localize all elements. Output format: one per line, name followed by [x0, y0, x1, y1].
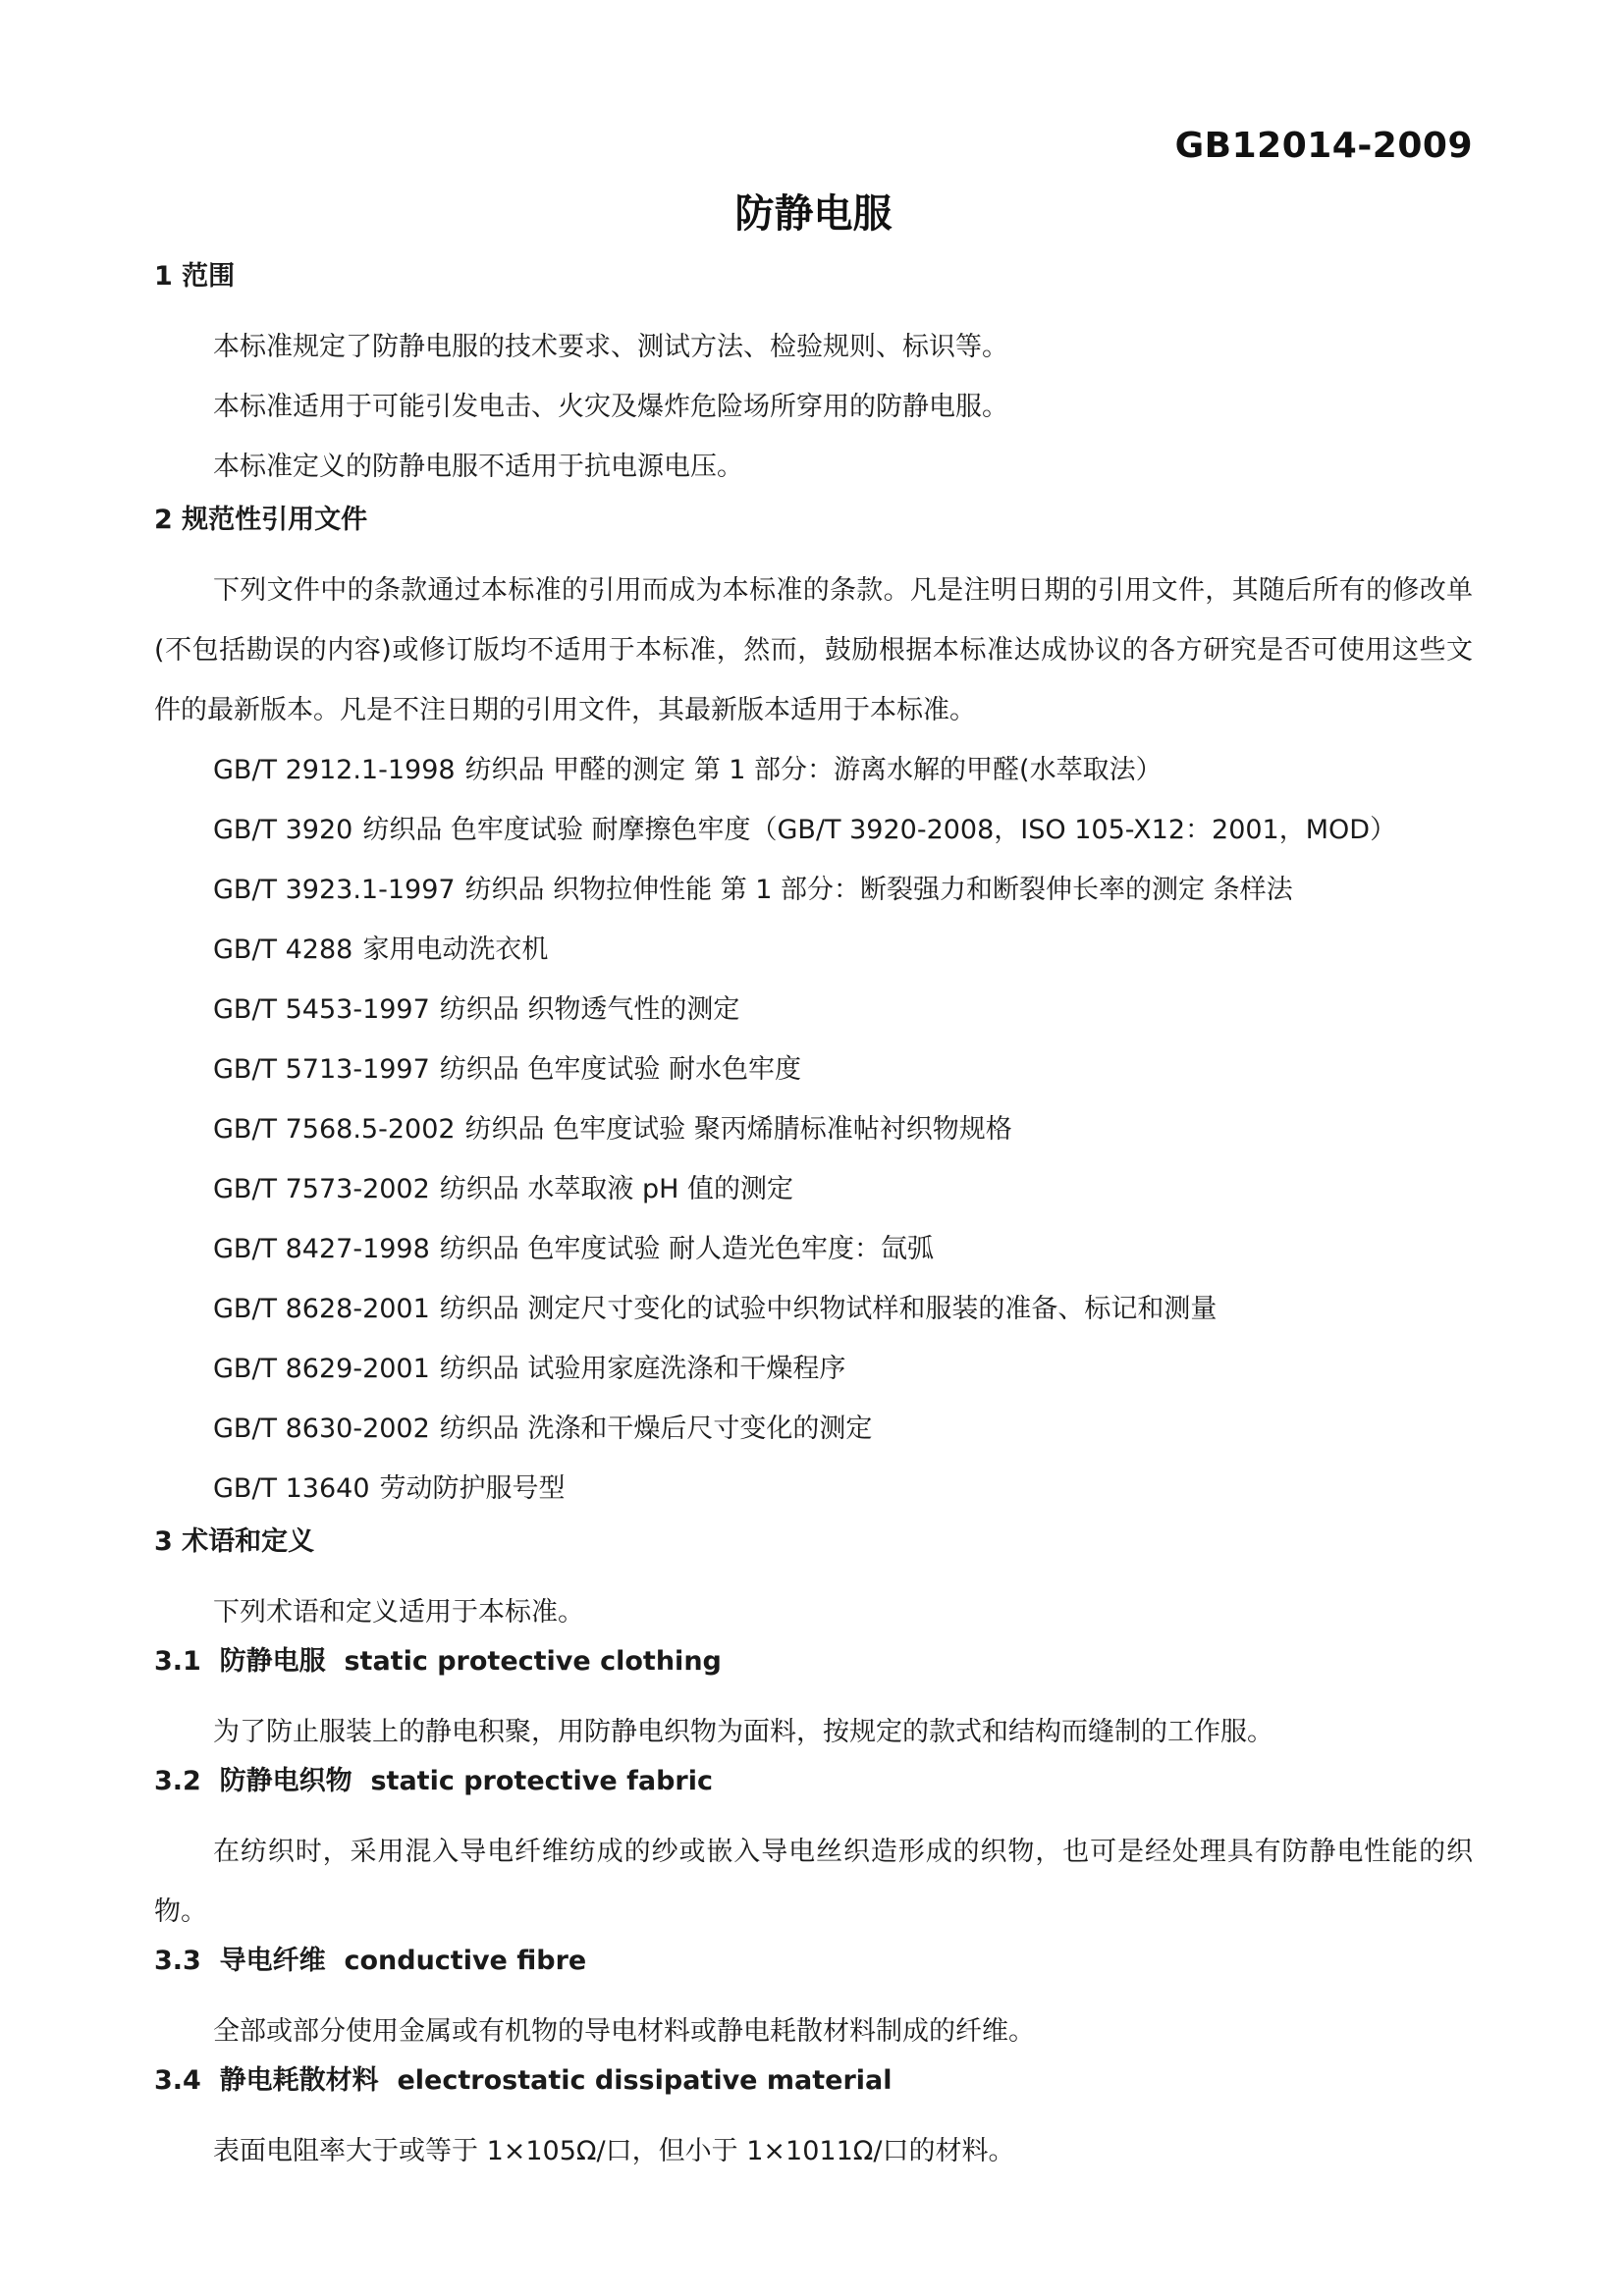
- reference-code: GB/T 8630-2002: [213, 1414, 430, 1444]
- term-zh: 防静电织物: [220, 1766, 352, 1796]
- reference-code: GB/T 8629-2001: [213, 1354, 430, 1384]
- section-heading-terms-definitions: 3 术语和定义: [154, 1522, 1473, 1582]
- reference-title: 纺织品 洗涤和干燥后尺寸变化的测定: [440, 1414, 873, 1444]
- term-zh: 静电耗散材料: [220, 2065, 379, 2096]
- term-definition: 为了防止服装上的静电积聚，用防静电织物为面料，按规定的款式和结构而缝制的工作服。: [154, 1702, 1473, 1762]
- term-number: 3.4: [154, 2065, 201, 2096]
- paragraph: 本标准适用于可能引发电击、火灾及爆炸危险场所穿用的防静电服。: [154, 377, 1473, 437]
- reference-title: 纺织品 甲醛的测定 第 1 部分：游离水解的甲醛(水萃取法）: [465, 755, 1163, 785]
- paragraph: 本标准定义的防静电服不适用于抗电源电压。: [154, 437, 1473, 497]
- term-heading: 3.1 防静电服 static protective clothing: [154, 1642, 1473, 1702]
- term-zh: 防静电服: [220, 1646, 326, 1677]
- term-number: 3.1: [154, 1646, 201, 1677]
- document-title: 防静电服: [154, 183, 1473, 239]
- reference-item: GB/T 8427-1998纺织品 色牢度试验 耐人造光色牢度：氙弧: [154, 1219, 1473, 1279]
- reference-code: GB/T 5453-1997: [213, 994, 430, 1025]
- term-number: 3.3: [154, 1946, 201, 1976]
- term-en: static protective clothing: [344, 1646, 721, 1677]
- reference-title: 纺织品 测定尺寸变化的试验中织物试样和服装的准备、标记和测量: [440, 1294, 1218, 1324]
- reference-code: GB/T 3923.1-1997: [213, 875, 456, 905]
- reference-title: 家用电动洗衣机: [362, 934, 548, 965]
- term-en: conductive fibre: [344, 1946, 586, 1976]
- reference-title: 劳动防护服号型: [380, 1473, 566, 1504]
- reference-code: GB/T 3920: [213, 815, 352, 845]
- reference-item: GB/T 5713-1997纺织品 色牢度试验 耐水色牢度: [154, 1040, 1473, 1099]
- reference-code: GB/T 8628-2001: [213, 1294, 430, 1324]
- term-number: 3.2: [154, 1766, 201, 1796]
- reference-code: GB/T 4288: [213, 934, 352, 965]
- reference-code: GB/T 7573-2002: [213, 1174, 430, 1204]
- reference-item: GB/T 8629-2001纺织品 试验用家庭洗涤和干燥程序: [154, 1339, 1473, 1399]
- term-definition: 表面电阻率大于或等于 1×105Ω/口，但小于 1×1011Ω/口的材料。: [154, 2121, 1473, 2181]
- reference-item: GB/T 3920纺织品 色牢度试验 耐摩擦色牢度（GB/T 3920-2008…: [154, 800, 1473, 860]
- reference-title: 纺织品 色牢度试验 聚丙烯腈标准帖衬织物规格: [465, 1114, 1012, 1145]
- reference-item: GB/T 4288家用电动洗衣机: [154, 920, 1473, 980]
- reference-item: GB/T 7568.5-2002纺织品 色牢度试验 聚丙烯腈标准帖衬织物规格: [154, 1099, 1473, 1159]
- term-heading: 3.2 防静电织物 static protective fabric: [154, 1762, 1473, 1822]
- reference-item: GB/T 8628-2001纺织品 测定尺寸变化的试验中织物试样和服装的准备、标…: [154, 1279, 1473, 1339]
- reference-item: GB/T 7573-2002纺织品 水萃取液 pH 值的测定: [154, 1159, 1473, 1219]
- term-en: static protective fabric: [370, 1766, 713, 1796]
- term-definition: 全部或部分使用金属或有机物的导电材料或静电耗散材料制成的纤维。: [154, 2002, 1473, 2061]
- term-en: electrostatic dissipative material: [397, 2065, 892, 2096]
- document-body: 1 范围 本标准规定了防静电服的技术要求、测试方法、检验规则、标识等。 本标准适…: [154, 257, 1473, 2181]
- reference-code: GB/T 8427-1998: [213, 1234, 430, 1264]
- reference-item: GB/T 13640劳动防护服号型: [154, 1459, 1473, 1519]
- reference-title: 纺织品 色牢度试验 耐摩擦色牢度（GB/T 3920-2008，ISO 105-…: [362, 815, 1396, 845]
- reference-title: 纺织品 水萃取液 pH 值的测定: [440, 1174, 793, 1204]
- paragraph: 本标准规定了防静电服的技术要求、测试方法、检验规则、标识等。: [154, 317, 1473, 377]
- reference-title: 纺织品 织物拉伸性能 第 1 部分：断裂强力和断裂伸长率的测定 条样法: [465, 875, 1293, 905]
- reference-code: GB/T 5713-1997: [213, 1054, 430, 1085]
- reference-title: 纺织品 色牢度试验 耐水色牢度: [440, 1054, 801, 1085]
- term-definition: 在纺织时，采用混入导电纤维纺成的纱或嵌入导电丝织造形成的织物，也可是经处理具有防…: [154, 1822, 1473, 1942]
- standard-number: GB12014-2009: [1175, 126, 1473, 166]
- reference-title: 纺织品 色牢度试验 耐人造光色牢度：氙弧: [440, 1234, 934, 1264]
- reference-item: GB/T 3923.1-1997纺织品 织物拉伸性能 第 1 部分：断裂强力和断…: [154, 860, 1473, 920]
- reference-title: 纺织品 织物透气性的测定: [440, 994, 740, 1025]
- term-heading: 3.4 静电耗散材料 electrostatic dissipative mat…: [154, 2061, 1473, 2121]
- term-heading: 3.3 导电纤维 conductive fibre: [154, 1942, 1473, 2002]
- reference-code: GB/T 13640: [213, 1473, 370, 1504]
- reference-item: GB/T 2912.1-1998纺织品 甲醛的测定 第 1 部分：游离水解的甲醛…: [154, 740, 1473, 800]
- reference-code: GB/T 7568.5-2002: [213, 1114, 456, 1145]
- reference-item: GB/T 8630-2002纺织品 洗涤和干燥后尺寸变化的测定: [154, 1399, 1473, 1459]
- paragraph: 下列术语和定义适用于本标准。: [154, 1582, 1473, 1642]
- paragraph: 下列文件中的条款通过本标准的引用而成为本标准的条款。凡是注明日期的引用文件，其随…: [154, 561, 1473, 740]
- section-heading-scope: 1 范围: [154, 257, 1473, 317]
- reference-code: GB/T 2912.1-1998: [213, 755, 456, 785]
- section-heading-normative-references: 2 规范性引用文件: [154, 501, 1473, 561]
- term-zh: 导电纤维: [220, 1946, 326, 1976]
- reference-title: 纺织品 试验用家庭洗涤和干燥程序: [440, 1354, 846, 1384]
- reference-item: GB/T 5453-1997纺织品 织物透气性的测定: [154, 980, 1473, 1040]
